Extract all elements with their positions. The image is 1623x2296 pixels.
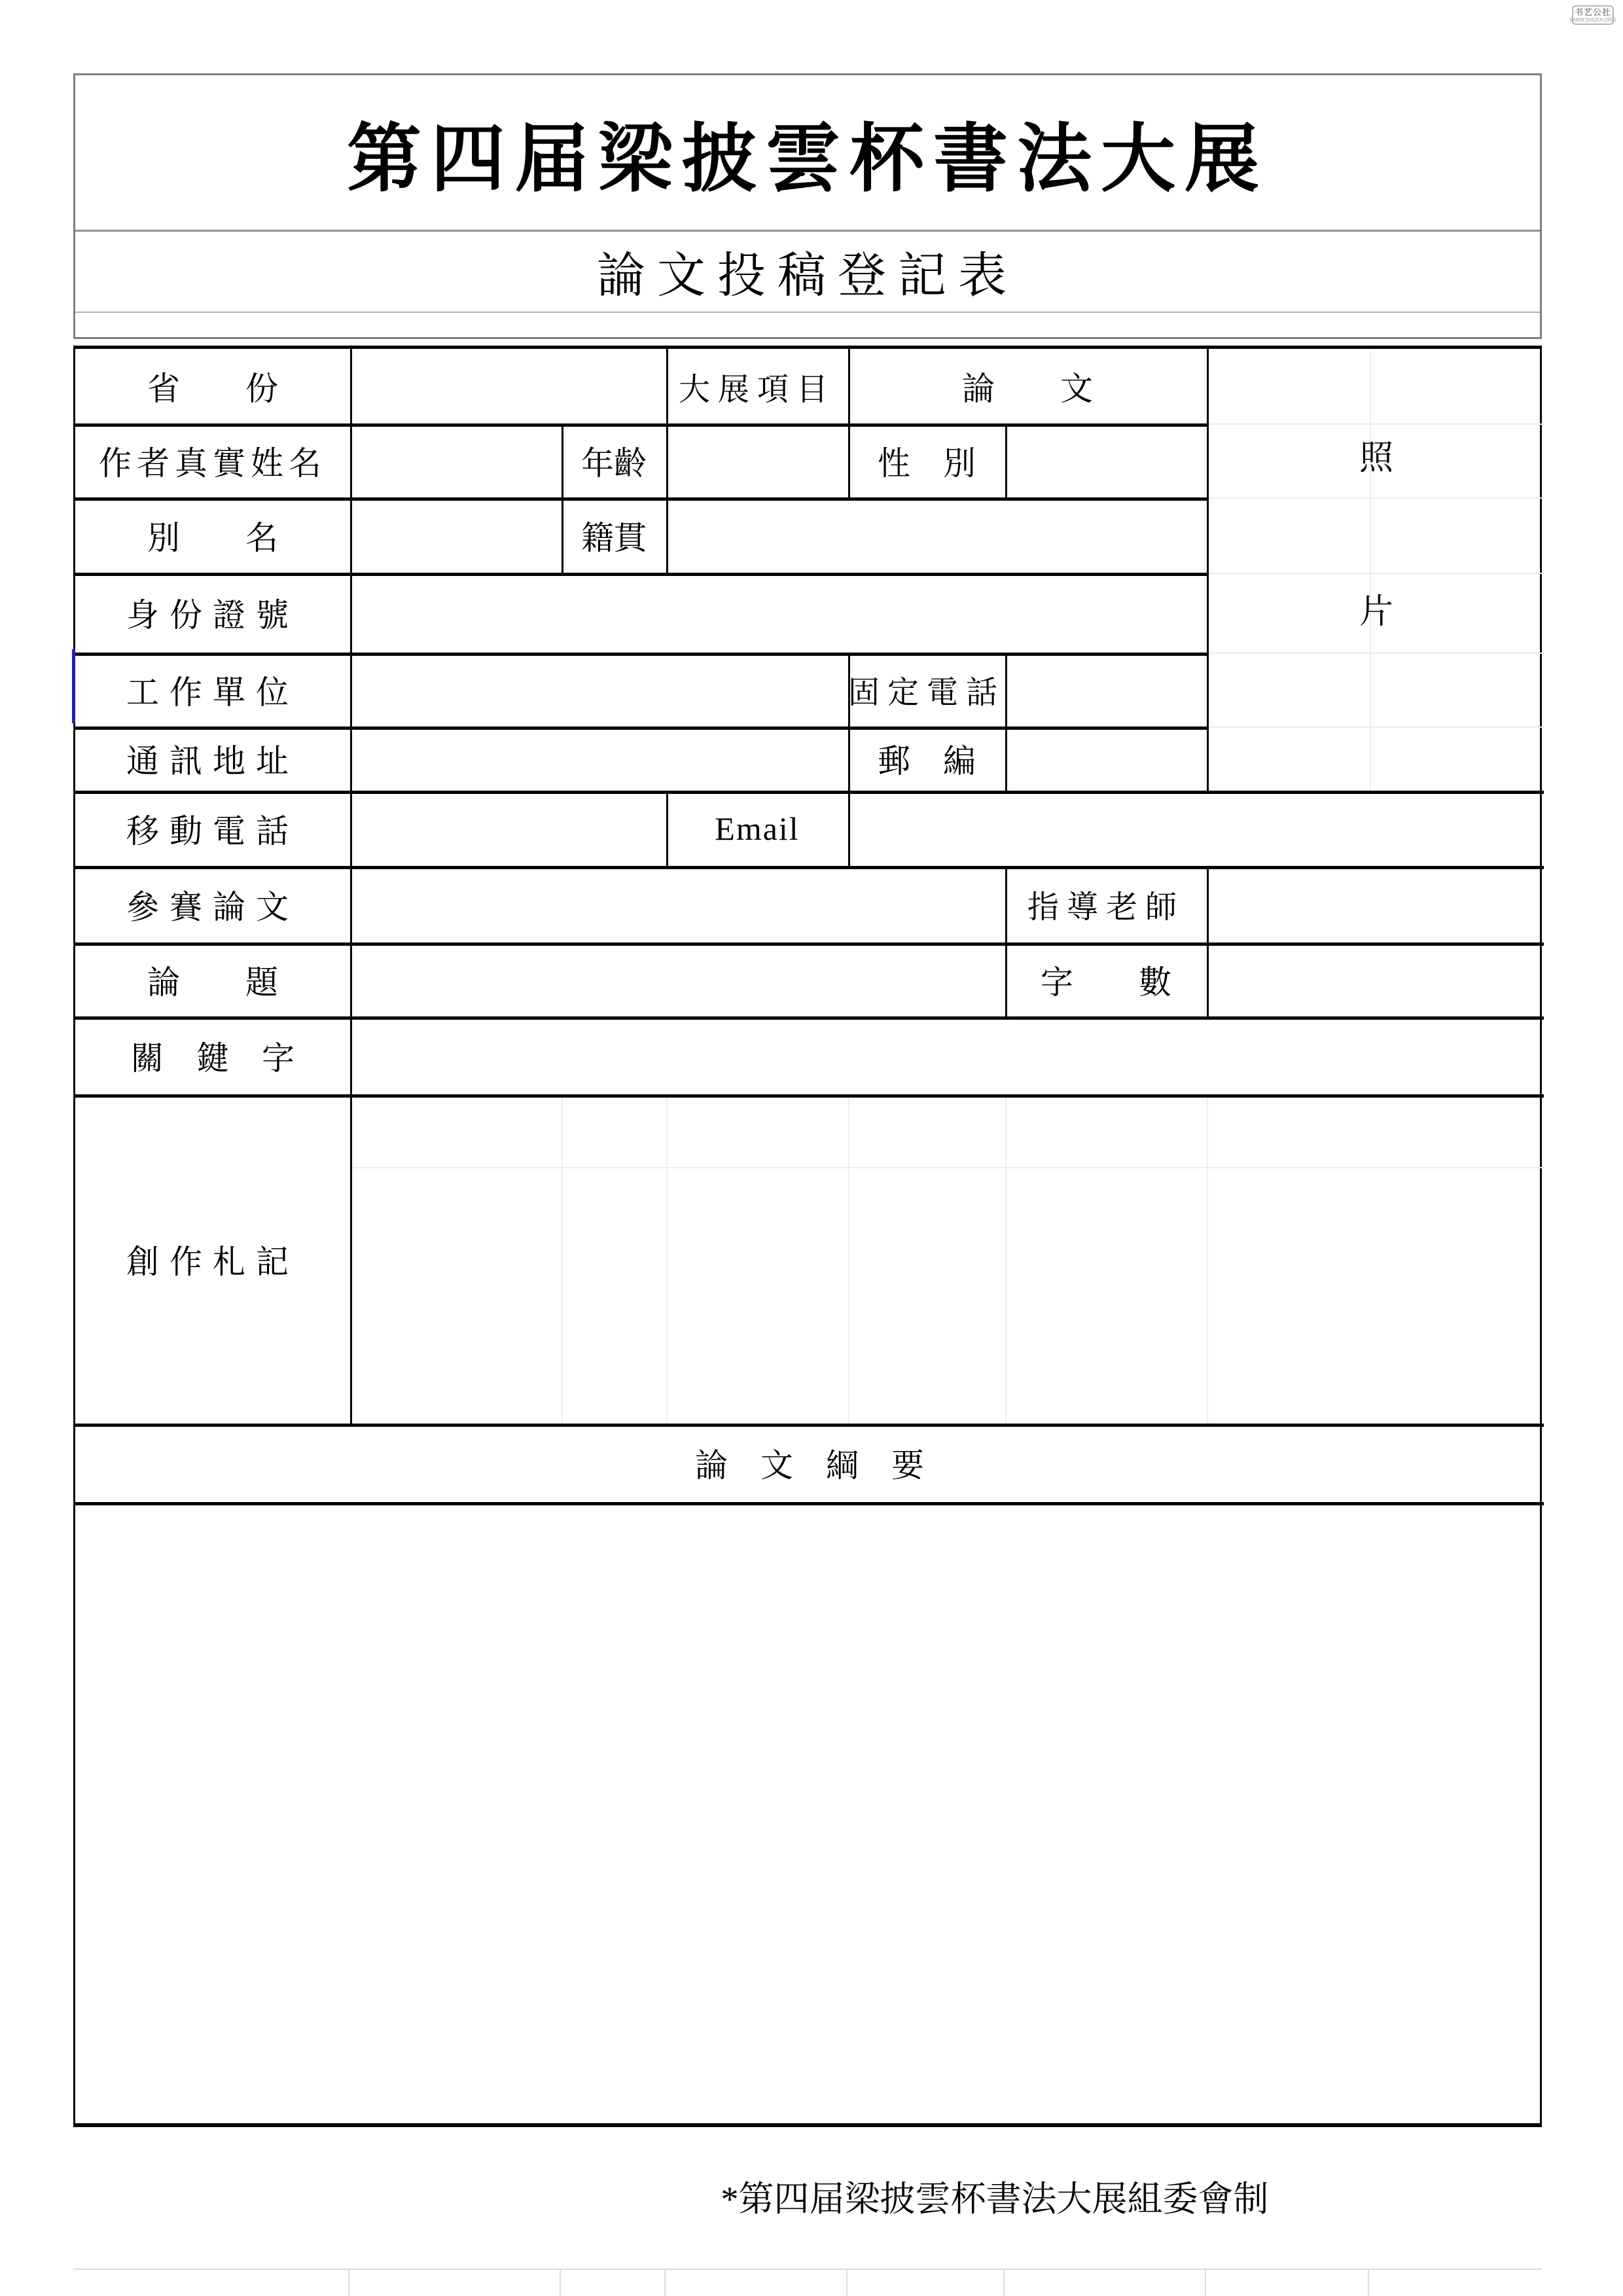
id-number-input[interactable]: [352, 575, 1205, 651]
postcode-input[interactable]: [1007, 728, 1205, 789]
id-number-label: 身份證號: [75, 573, 350, 653]
author-name-label: 作者真實姓名: [75, 423, 350, 497]
topic-label: 論 題: [75, 942, 350, 1016]
age-label: 年齡: [562, 423, 666, 497]
grid-line: [73, 2269, 1542, 2270]
province-label: 省 份: [75, 349, 350, 423]
email-input[interactable]: [850, 793, 1542, 864]
native-place-label: 籍貫: [562, 497, 666, 573]
landline-input[interactable]: [1007, 655, 1205, 725]
alias-input[interactable]: [352, 499, 562, 571]
form-title: 論文投稿登記表: [597, 237, 1018, 306]
exhibit-item-label: 大展項目: [666, 349, 848, 423]
keywords-label: 關 鍵 字: [75, 1016, 350, 1094]
photo-label-bottom: 片: [1209, 596, 1544, 630]
grid-line: [664, 2270, 666, 2296]
photo-label-top: 照: [1209, 442, 1544, 476]
header-empty-strip: [75, 312, 1540, 339]
subtitle-band: 論文投稿登記表: [75, 230, 1540, 312]
native-place-input[interactable]: [668, 499, 1205, 571]
province-input[interactable]: [352, 349, 666, 423]
outline-header-label: 論 文 綱 要: [75, 1424, 1544, 1502]
creation-notes-label: 創作札記: [75, 1094, 350, 1424]
work-unit-label: 工作單位: [75, 653, 350, 726]
form-table: 省 份 大展項目 論 文 作者真實姓名 年齡 性 別 別 名 籍貫 身份證號 工…: [73, 346, 1542, 2127]
photo-cell[interactable]: 照 片: [1209, 349, 1544, 791]
creation-notes-input[interactable]: [352, 1096, 1542, 1422]
watermark-url: WWW.SHUFA.ORG: [1569, 17, 1616, 23]
grid-line: [1368, 2270, 1369, 2296]
outline-body-input[interactable]: [75, 1504, 1544, 2128]
grid-line: [846, 2270, 847, 2296]
author-name-input[interactable]: [352, 425, 562, 495]
word-count-label: 字 數: [1005, 942, 1207, 1016]
essay-title-input[interactable]: [352, 868, 1003, 941]
grid-line: [560, 2270, 561, 2296]
advisor-input[interactable]: [1209, 868, 1542, 941]
watermark-badge: 书艺公社 WWW.SHUFA.ORG: [1572, 5, 1614, 25]
gender-label: 性 別: [848, 423, 1005, 497]
advisor-label: 指導老師: [1005, 866, 1207, 942]
mobile-input[interactable]: [352, 793, 664, 864]
selection-accent-line: [72, 649, 75, 723]
form-page: 书艺公社 WWW.SHUFA.ORG 第四届梁披雲杯書法大展 論文投稿登記表: [0, 0, 1623, 2296]
work-unit-input[interactable]: [352, 655, 846, 725]
title-band: 第四届梁披雲杯書法大展: [75, 75, 1540, 230]
age-input[interactable]: [668, 425, 848, 495]
watermark-title: 书艺公社: [1575, 8, 1611, 17]
page-title: 第四届梁披雲杯書法大展: [347, 99, 1268, 206]
word-count-input[interactable]: [1209, 944, 1542, 1014]
alias-label: 別 名: [75, 497, 350, 573]
topic-input[interactable]: [352, 944, 1003, 1014]
grid-line: [1205, 2270, 1206, 2296]
footer-note: *第四届梁披雲杯書法大展組委會制: [700, 2160, 1289, 2232]
essay-label: 參賽論文: [75, 866, 350, 942]
gender-input[interactable]: [1007, 425, 1207, 495]
mobile-label: 移動電話: [75, 791, 350, 866]
email-label: Email: [666, 791, 848, 866]
address-label: 通訊地址: [75, 726, 350, 791]
grid-line: [1003, 2270, 1005, 2296]
address-input[interactable]: [352, 728, 846, 789]
header-box: 第四届梁披雲杯書法大展 論文投稿登記表: [73, 73, 1542, 339]
keywords-input[interactable]: [352, 1018, 1542, 1092]
grid-line: [348, 2270, 349, 2296]
landline-label: 固定電話: [848, 653, 1005, 726]
exhibit-item-value[interactable]: 論 文: [848, 349, 1207, 423]
postcode-label: 郵 編: [848, 726, 1005, 791]
